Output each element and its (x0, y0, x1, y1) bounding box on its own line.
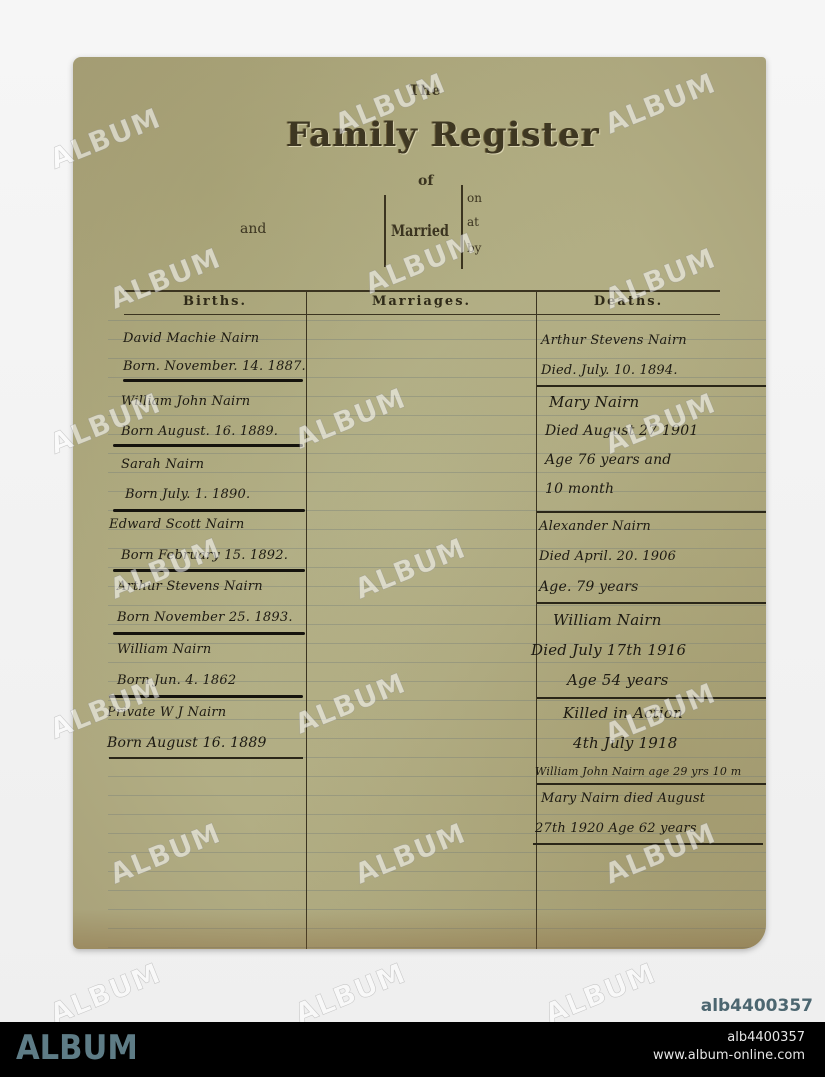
column-header-marriages: Marriages. (307, 294, 536, 309)
death-entry-line: William Nairn (553, 611, 662, 629)
death-entry-line: 10 month (545, 481, 614, 497)
death-entry-line: William John Nairn age 29 yrs 10 m (535, 765, 741, 778)
birth-entry-date: Born August 16. 1889 (107, 735, 267, 751)
entry-separator (537, 602, 766, 604)
label-and: and (240, 221, 266, 237)
birth-entry-name: Sarah Nairn (121, 457, 204, 472)
column-divider (536, 292, 537, 949)
death-entry-line: Arthur Stevens Nairn (541, 333, 687, 348)
image-id-tag: alb4400357 (701, 996, 813, 1016)
death-entry-line: Died July 17th 1916 (531, 641, 686, 659)
watermark: ALBUM (540, 956, 660, 1030)
death-entry-line: Mary Nairn died August (541, 791, 705, 806)
birth-entry-date: Born November 25. 1893. (117, 610, 293, 625)
birth-entry-name: Edward Scott Nairn (109, 517, 244, 532)
entry-separator (537, 511, 766, 513)
death-entry-line: Mary Nairn (549, 393, 639, 411)
entry-separator (113, 509, 305, 512)
birth-entry-date: Born July. 1. 1890. (125, 487, 250, 502)
birth-entry-date: Born August. 16. 1889. (121, 424, 278, 439)
label-on: on (467, 191, 482, 205)
label-at: at (467, 215, 479, 229)
register-title: Family Register (263, 115, 623, 155)
footer-bar: ALBUM alb4400357 www.album-online.com (0, 1022, 825, 1077)
heading-of: of (418, 173, 433, 189)
death-entry-line: Age 76 years and (545, 452, 671, 468)
footer-image-id: alb4400357 (727, 1030, 805, 1045)
album-logo[interactable]: ALBUM (16, 1028, 138, 1068)
death-entry-line: Died. July. 10. 1894. (541, 363, 678, 378)
footer-website-link[interactable]: www.album-online.com (653, 1048, 805, 1063)
death-entry-line: Alexander Nairn (539, 519, 651, 534)
entry-separator (113, 632, 305, 635)
entry-separator (537, 385, 766, 387)
entry-separator (123, 379, 303, 382)
death-entry-line: Age. 79 years (539, 579, 639, 595)
birth-entry-date: Born. November. 14. 1887. (123, 359, 306, 374)
entry-separator (113, 444, 303, 447)
death-entry-line: Died April. 20. 1906 (539, 549, 676, 564)
watermark: ALBUM (45, 956, 165, 1030)
birth-entry-name: William Nairn (117, 642, 211, 657)
register-page: The Family Register of and Married on at… (73, 57, 766, 949)
bracket-left (384, 195, 386, 267)
photo-stage: The Family Register of and Married on at… (0, 0, 825, 1022)
death-entry-line: Age 54 years (567, 671, 669, 689)
entry-separator (109, 757, 303, 759)
birth-entry-name: David Machie Nairn (123, 331, 259, 346)
entry-separator (537, 783, 766, 785)
watermark: ALBUM (290, 956, 410, 1030)
column-divider (306, 292, 307, 949)
table-header-rule (124, 314, 720, 315)
